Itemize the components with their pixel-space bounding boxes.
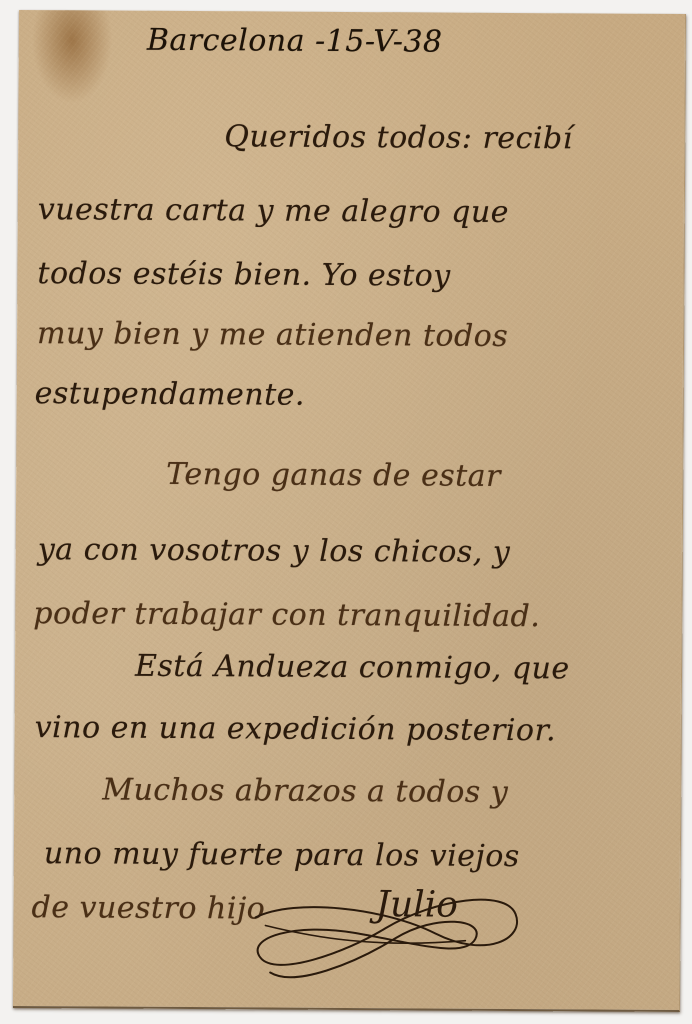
- body-line-2: vuestra carta y me alegro que: [38, 192, 509, 230]
- body-line-3: todos estéis bien. Yo estoy: [37, 256, 450, 294]
- body-line-6: Tengo ganas de estar: [166, 457, 501, 494]
- signature: Julio: [235, 877, 536, 989]
- body-line-5: estupendamente.: [35, 376, 305, 413]
- body-line-12: uno muy fuerte para los viejos: [44, 836, 520, 874]
- salutation-line: Queridos todos: recibí: [224, 119, 573, 156]
- postcard-paper: Barcelona -15-V-38 Queridos todos: recib…: [13, 10, 686, 1012]
- scan-background: Barcelona -15-V-38 Queridos todos: recib…: [0, 0, 692, 1024]
- place-date-heading: Barcelona -15-V-38: [147, 23, 443, 60]
- body-line-10: vino en una expedición posterior.: [35, 710, 557, 748]
- body-line-11: Muchos abrazos a todos y: [102, 772, 508, 809]
- body-line-7: ya con vosotros y los chicos, y: [38, 532, 511, 570]
- body-line-8: poder trabajar con tranquilidad.: [33, 596, 540, 634]
- body-line-4: muy bien y me atienden todos: [37, 316, 508, 354]
- closing-line: de vuestro hijo: [31, 890, 265, 926]
- signature-name: Julio: [375, 884, 458, 926]
- body-line-9: Está Andueza conmigo, que: [135, 649, 570, 687]
